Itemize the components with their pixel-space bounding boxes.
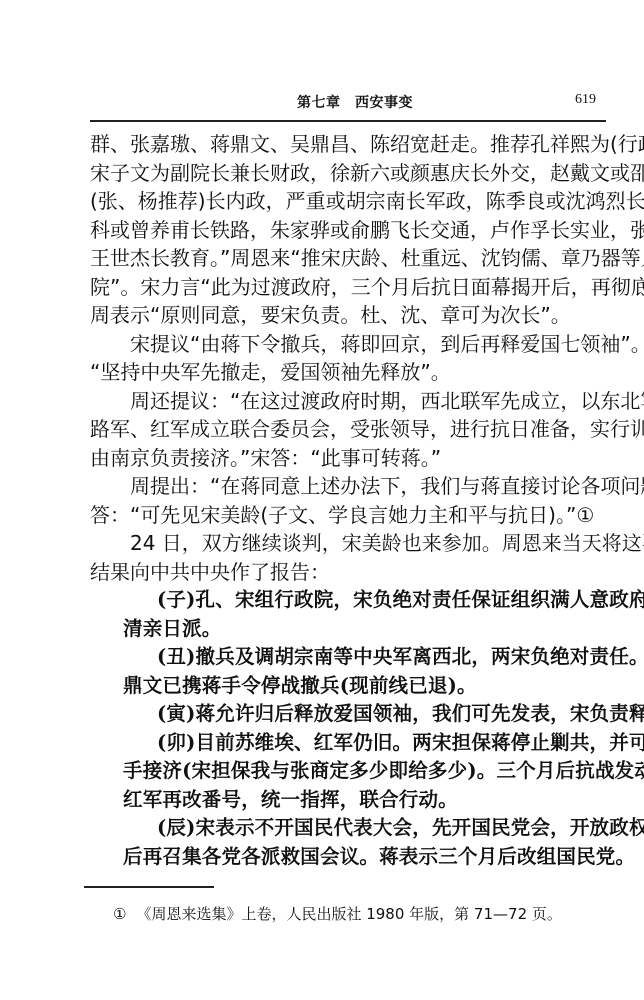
- text-line: 清亲日派。: [123, 615, 606, 644]
- paragraph: 周还提议：“在这过渡政府时期，西北联军先成立，以东北军、十七 路军、红军成立联合…: [90, 387, 606, 473]
- report-item-chen: (辰)宋表示不开国民代表大会，先开国民党会，开放政权，然 后再召集各党各派救国会…: [90, 814, 606, 871]
- text-line: 王世杰长教育。”周恩来“推宋庆龄、杜重远、沈钧儒、章乃器等入行政: [90, 244, 606, 273]
- report-item-yin: (寅)蒋允许归后释放爱国领袖，我们可先发表，宋负责释放。: [90, 700, 606, 729]
- text-line: 路军、红军成立联合委员会，受张领导，进行抗日准备，实行训练补充，: [90, 415, 606, 444]
- text-line: 鼎文已携蒋手令停战撤兵(现前线已退)。: [123, 672, 606, 701]
- text-line: 宋子文为副院长兼长财政，徐新六或颜惠庆长外交，赵戴文或邵力子: [90, 159, 606, 188]
- paragraph: 24 日，双方继续谈判，宋美龄也来参加。周恩来当天将这次会谈 结果向中共中央作了…: [90, 529, 606, 586]
- paragraph: 宋提议“由蒋下令撤兵，蒋即回京，到后再释爱国七领袖”。周恩来 “坚持中央军先撤走…: [90, 330, 606, 387]
- paragraph: 群、张嘉璈、蒋鼎文、吴鼎昌、陈绍宽赶走。推荐孔祥熙为(行政)院长， 宋子文为副院…: [90, 130, 606, 330]
- text-line: 科或曾养甫长铁路，朱家骅或俞鹏飞长交通，卢作孚长实业，张伯苓或: [90, 216, 606, 245]
- text-line: 周表示“原则同意，要宋负责。杜、沈、章可为次长”。: [90, 301, 606, 330]
- running-header: 第七章 西安事变 619: [90, 92, 606, 116]
- text-line: 群、张嘉璈、蒋鼎文、吴鼎昌、陈绍宽赶走。推荐孔祥熙为(行政)院长，: [90, 130, 606, 159]
- footnote-rule: [84, 886, 214, 888]
- text-line: 手接济(宋担保我与张商定多少即给多少)。三个月后抗战发动，: [123, 757, 606, 786]
- text-line: (辰)宋表示不开国民代表大会，先开国民党会，开放政权，然: [123, 814, 606, 843]
- text-line: (卯)目前苏维埃、红军仍旧。两宋担保蒋停止剿共，并可经张: [123, 729, 606, 758]
- text-line: 24 日，双方继续谈判，宋美龄也来参加。周恩来当天将这次会谈: [90, 529, 606, 558]
- footnote-text: 《周恩来选集》上卷，人民出版社 1980 年版，第 71—72 页。: [136, 905, 561, 923]
- page-number: 619: [575, 92, 596, 108]
- report-item-mao: (卯)目前苏维埃、红军仍旧。两宋担保蒋停止剿共，并可经张 手接济(宋担保我与张商…: [90, 729, 606, 815]
- footnote-marker: ①: [113, 905, 126, 923]
- chapter-title: 第七章 西安事变: [297, 92, 413, 112]
- text-line: 红军再改番号，统一指挥，联合行动。: [123, 786, 606, 815]
- text-line: (丑)撤兵及调胡宗南等中央军离西北，两宋负绝对责任。蒋: [123, 643, 606, 672]
- report-item-zi: (子)孔、宋组行政院，宋负绝对责任保证组织满人意政府，肃 清亲日派。: [90, 586, 606, 643]
- text-line: 院”。宋力言“此为过渡政府，三个月后抗日面幕揭开后，再彻底改组”。: [90, 273, 606, 302]
- text-line: 结果向中共中央作了报告：: [90, 558, 606, 587]
- text-line: 周还提议：“在这过渡政府时期，西北联军先成立，以东北军、十七: [90, 387, 606, 416]
- report-item-chou: (丑)撤兵及调胡宗南等中央军离西北，两宋负绝对责任。蒋 鼎文已携蒋手令停战撤兵(…: [90, 643, 606, 700]
- text-line: 后再召集各党各派救国会议。蒋表示三个月后改组国民党。: [123, 843, 606, 872]
- text-line: 宋提议“由蒋下令撤兵，蒋即回京，到后再释爱国七领袖”。周恩来: [90, 330, 606, 359]
- text-line: 由南京负责接济。”宋答：“此事可转蒋。”: [90, 444, 606, 473]
- text-line: 周提出：“在蒋同意上述办法下，我们与蒋直接讨论各项问题。”宋: [90, 472, 606, 501]
- text-line: (寅)蒋允许归后释放爱国领袖，我们可先发表，宋负责释放。: [123, 700, 606, 729]
- book-page: 第七章 西安事变 619 群、张嘉璈、蒋鼎文、吴鼎昌、陈绍宽赶走。推荐孔祥熙为(…: [0, 0, 644, 1000]
- header-rule: [90, 120, 606, 122]
- text-line: (张、杨推荐)长内政，严重或胡宗南长军政，陈季良或沈鸿烈长海军，孙: [90, 187, 606, 216]
- text-line: 答：“可先见宋美龄(子文、学良言她力主和平与抗日)。”①: [90, 501, 606, 530]
- text-line: “坚持中央军先撤走，爱国领袖先释放”。: [90, 358, 606, 387]
- text-line: (子)孔、宋组行政院，宋负绝对责任保证组织满人意政府，肃: [123, 586, 606, 615]
- paragraph: 周提出：“在蒋同意上述办法下，我们与蒋直接讨论各项问题。”宋 答：“可先见宋美龄…: [90, 472, 606, 529]
- body-text: 群、张嘉璈、蒋鼎文、吴鼎昌、陈绍宽赶走。推荐孔祥熙为(行政)院长， 宋子文为副院…: [90, 130, 606, 871]
- footnote: ①《周恩来选集》上卷，人民出版社 1980 年版，第 71—72 页。: [113, 903, 562, 924]
